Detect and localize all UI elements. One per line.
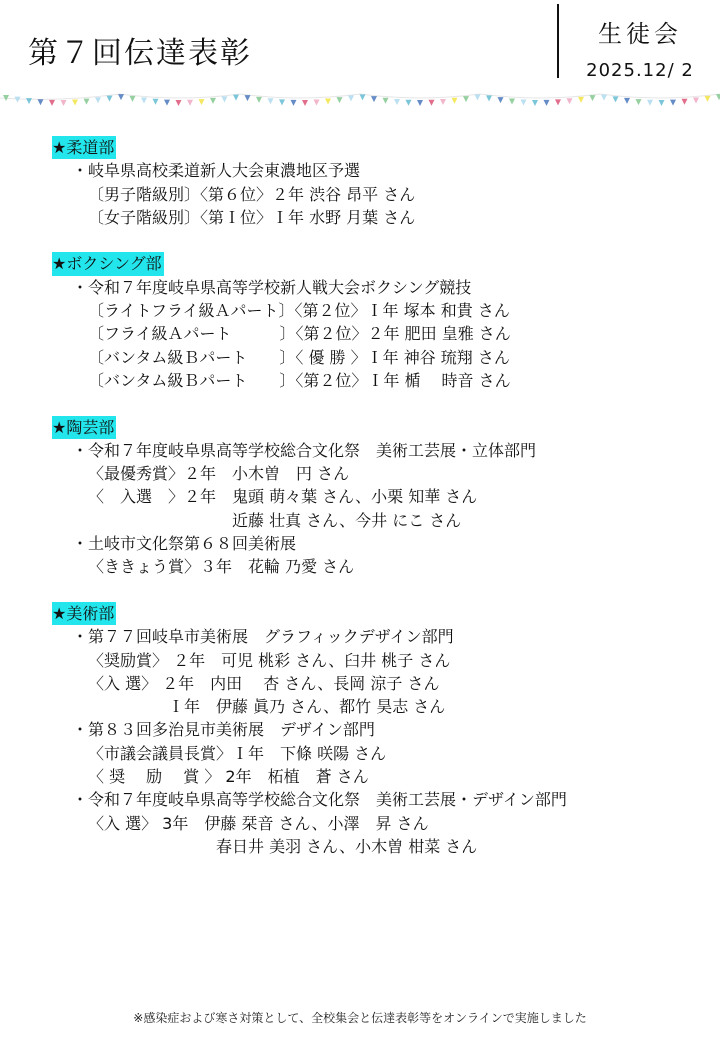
footnote: ※感染症および寒さ対策として、全校集会と伝達表彰等をオンラインで実施しました	[0, 1009, 720, 1026]
section-heading: ★美術部	[52, 602, 116, 625]
award-line: 〈 入選 〉２年 鬼頭 萌々葉 さん、小栗 知華 さん	[52, 485, 720, 508]
section-ceramics: ★陶芸部 ・令和７年度岐阜県高等学校総合文化祭 美術工芸展・立体部門 〈最優秀賞…	[52, 416, 720, 579]
award-line: 〈入 選〉 3年 伊藤 栞音 さん、小澤 昇 さん	[52, 812, 720, 835]
event-line: ・第７７回岐阜市美術展 グラフィックデザイン部門	[52, 625, 720, 648]
header-divider	[557, 4, 559, 78]
award-line: 〈ききょう賞〉３年 花輪 乃愛 さん	[52, 555, 720, 578]
award-line: 〈入 選〉 ２年 内田 杏 さん、長岡 涼子 さん	[52, 672, 720, 695]
date-label: 2025.12/ 2	[560, 60, 720, 81]
award-line: 〔バンタム級Ｂパート 〕〈第２位〉Ｉ年 楯 時音 さん	[52, 369, 720, 392]
section-art: ★美術部 ・第７７回岐阜市美術展 グラフィックデザイン部門 〈奨励賞〉 ２年 可…	[52, 602, 720, 858]
event-line: ・令和７年度岐阜県高等学校総合文化祭 美術工芸展・立体部門	[52, 439, 720, 462]
award-line: Ｉ年 伊藤 眞乃 さん、都竹 昊志 さん	[52, 695, 720, 718]
event-line: ・第８３回多治見市美術展 デザイン部門	[52, 718, 720, 741]
award-line: 〈市議会議員長賞〉Ｉ年 下條 咲陽 さん	[52, 742, 720, 765]
award-line: 〔男子階級別〕〈第６位〉２年 渋谷 昂平 さん	[52, 183, 720, 206]
event-line: ・岐阜県高校柔道新人大会東濃地区予選	[52, 159, 720, 182]
event-line: ・令和７年度岐阜県高等学校新人戦大会ボクシング競技	[52, 276, 720, 299]
award-line: 〔バンタム級Ｂパート 〕〈 優 勝 〉Ｉ年 神谷 琉翔 さん	[52, 346, 720, 369]
award-line: 〔ライトフライ級Ａパート〕〈第２位〉Ｉ年 塚本 和貴 さん	[52, 299, 720, 322]
event-line: ・土岐市文化祭第６８回美術展	[52, 532, 720, 555]
section-boxing: ★ボクシング部 ・令和７年度岐阜県高等学校新人戦大会ボクシング競技 〔ライトフラ…	[52, 252, 720, 392]
award-line: 〈最優秀賞〉２年 小木曽 円 さん	[52, 462, 720, 485]
award-line: 〔女子階級別〕〈第Ｉ位〉Ｉ年 水野 月葉 さん	[52, 206, 720, 229]
organization-label: 生徒会	[560, 14, 720, 49]
award-line: 近藤 壮真 さん、今井 にこ さん	[52, 509, 720, 532]
page-title: 第７回伝達表彰	[28, 28, 252, 72]
award-line: 〈 奨 励 賞 〉 2年 柘植 蒼 さん	[52, 765, 720, 788]
section-heading: ★陶芸部	[52, 416, 116, 439]
section-heading: ★ボクシング部	[52, 252, 164, 275]
award-line: 〔フライ級Ａパート 〕〈第２位〉２年 肥田 皇雅 さん	[52, 322, 720, 345]
award-line: 〈奨励賞〉 ２年 可児 桃彩 さん、臼井 桃子 さん	[52, 649, 720, 672]
award-line: 春日井 美羽 さん、小木曽 柑菜 さん	[52, 835, 720, 858]
awards-content: ★柔道部 ・岐阜県高校柔道新人大会東濃地区予選 〔男子階級別〕〈第６位〉２年 渋…	[52, 136, 720, 882]
section-judo: ★柔道部 ・岐阜県高校柔道新人大会東濃地区予選 〔男子階級別〕〈第６位〉２年 渋…	[52, 136, 720, 229]
event-line: ・令和７年度岐阜県高等学校総合文化祭 美術工芸展・デザイン部門	[52, 788, 720, 811]
bunting-decoration	[0, 92, 720, 108]
section-heading: ★柔道部	[52, 136, 116, 159]
